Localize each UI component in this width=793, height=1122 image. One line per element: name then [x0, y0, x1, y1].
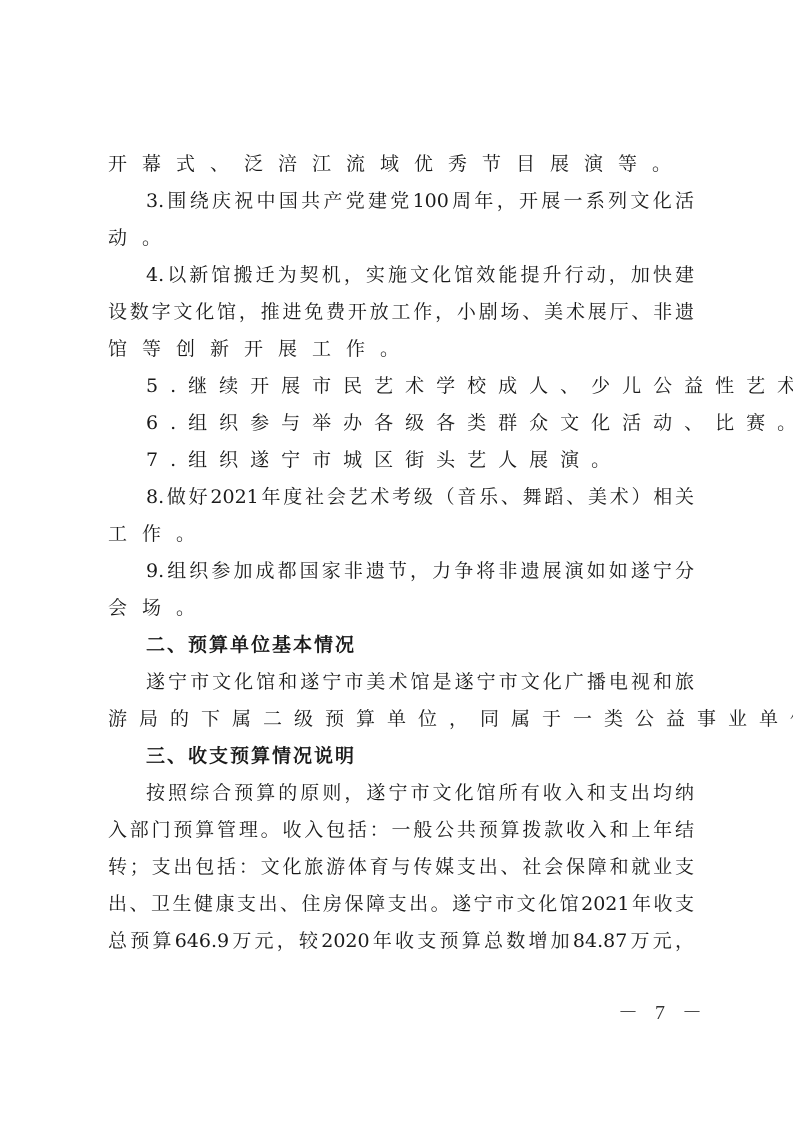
section-2-line-2: 游局的下属二级预算单位，同属于一类公益事业单位。: [108, 701, 694, 738]
section-3-line-4: 出、卫生健康支出、住房保障支出。遂宁市文化馆2021年收支: [108, 886, 694, 923]
section-heading-budget-explanation: 三、收支预算情况说明: [108, 738, 694, 775]
list-item-3-line-2: 动。: [108, 220, 694, 257]
section-3-line-3: 转；支出包括：文化旅游体育与传媒支出、社会保障和就业支: [108, 849, 694, 886]
list-item-4-line-2: 设数字文化馆，推进免费开放工作，小剧场、美术展厅、非遗: [108, 294, 694, 331]
section-2-line-1: 遂宁市文化馆和遂宁市美术馆是遂宁市文化广播电视和旅: [108, 664, 694, 701]
list-item-9-line-2: 会场。: [108, 590, 694, 627]
list-item-3-line-1: 3.围绕庆祝中国共产党建党100周年，开展一系列文化活: [108, 183, 694, 220]
list-item-6: 6.组织参与举办各级各类群众文化活动、比赛。: [108, 405, 694, 442]
document-page: 开幕式、泛涪江流域优秀节目展演等。 3.围绕庆祝中国共产党建党100周年，开展一…: [108, 146, 694, 960]
list-item-8-line-1: 8.做好2021年度社会艺术考级（音乐、舞蹈、美术）相关: [108, 479, 694, 516]
list-item-4-line-3: 馆等创新开展工作。: [108, 331, 694, 368]
section-heading-budget-unit: 二、预算单位基本情况: [108, 627, 694, 664]
list-item-9-line-1: 9.组织参加成都国家非遗节，力争将非遗展演如如遂宁分: [108, 553, 694, 590]
text-line: 开幕式、泛涪江流域优秀节目展演等。: [108, 146, 694, 183]
list-item-5: 5.继续开展市民艺术学校成人、少儿公益性艺术培训。: [108, 368, 694, 405]
page-number: － 7 －: [618, 996, 708, 1025]
section-3-line-2: 入部门预算管理。收入包括：一般公共预算拨款收入和上年结: [108, 812, 694, 849]
list-item-8-line-2: 工作。: [108, 516, 694, 553]
list-item-7: 7.组织遂宁市城区街头艺人展演。: [108, 442, 694, 479]
section-3-line-5: 总预算646.9万元，较2020年收支预算总数增加84.87万元，: [108, 923, 694, 960]
section-3-line-1: 按照综合预算的原则，遂宁市文化馆所有收入和支出均纳: [108, 775, 694, 812]
list-item-4-line-1: 4.以新馆搬迁为契机，实施文化馆效能提升行动，加快建: [108, 257, 694, 294]
